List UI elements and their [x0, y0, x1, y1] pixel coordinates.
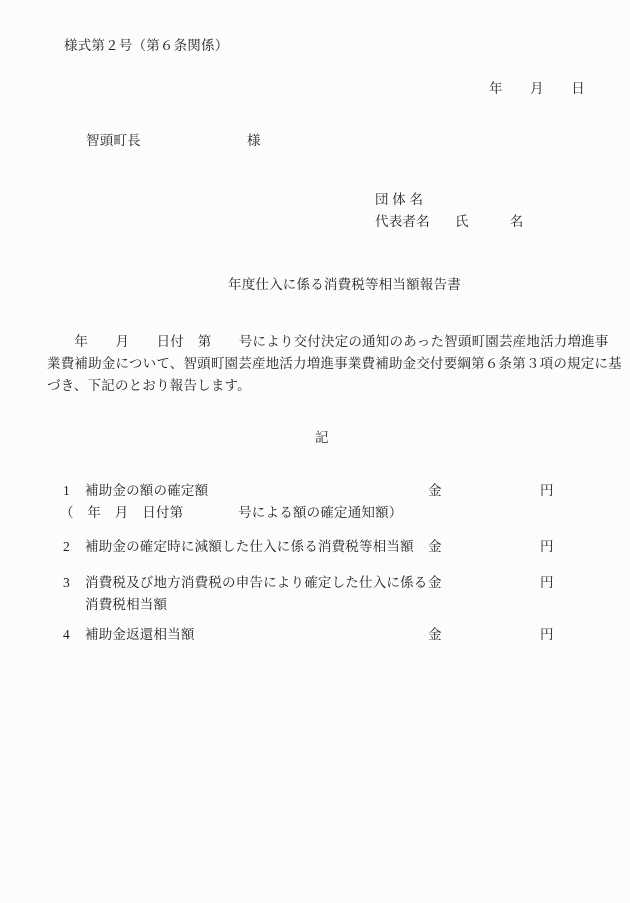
body-line-3: づき、下記のとおり報告します。 [47, 378, 251, 395]
item-2-amount-prefix: 金 [428, 539, 442, 556]
item-1-label: 補助金の額の確定額 [85, 483, 208, 500]
item-1-subline: （ 年 月 日付第 号による額の確定通知額） [60, 505, 403, 522]
addressee-honorific: 様 [247, 133, 261, 150]
item-2-number: 2 [63, 539, 70, 556]
item-4-amount-unit: 円 [540, 627, 554, 644]
form-number: 様式第２号（第６条関係） [64, 38, 228, 55]
item-1-amount-prefix: 金 [428, 483, 442, 500]
sender-representative-label: 代表者名 [375, 214, 430, 231]
item-1-number: 1 [63, 483, 70, 500]
item-1-amount-unit: 円 [540, 483, 554, 500]
item-3-number: 3 [63, 575, 70, 592]
document-page: 様式第２号（第６条関係） 年 月 日 智頭町長 様 団 体 名 代表者名 氏 名… [0, 0, 630, 903]
body-line-2: 業費補助金について、智頭町園芸産地活力増進事業費補助金交付要綱第６条第３項の規定… [47, 356, 622, 373]
addressee-name: 智頭町長 [86, 133, 141, 150]
record-mark: 記 [315, 430, 329, 447]
item-3-amount-unit: 円 [540, 575, 554, 592]
item-2-label: 補助金の確定時に減額した仕入に係る消費税等相当額 [85, 539, 414, 556]
body-line-1: 年 月 日付 第 号により交付決定の通知のあった智頭町園芸産地活力増進事 [47, 334, 609, 351]
item-2-amount-unit: 円 [540, 539, 554, 556]
sender-group-label: 団 体 名 [375, 192, 423, 209]
date-line: 年 月 日 [489, 81, 585, 98]
document-title: 年度仕入に係る消費税等相当額報告書 [228, 277, 461, 294]
item-4-number: 4 [63, 627, 70, 644]
item-4-label: 補助金返還相当額 [85, 627, 195, 644]
sender-representative-name-label: 氏 名 [455, 214, 524, 231]
item-3-amount-prefix: 金 [428, 575, 442, 592]
item-3-label: 消費税及び地方消費税の申告により確定した仕入に係る [85, 575, 428, 592]
item-4-amount-prefix: 金 [428, 627, 442, 644]
item-3-label-line2: 消費税相当額 [85, 597, 167, 614]
